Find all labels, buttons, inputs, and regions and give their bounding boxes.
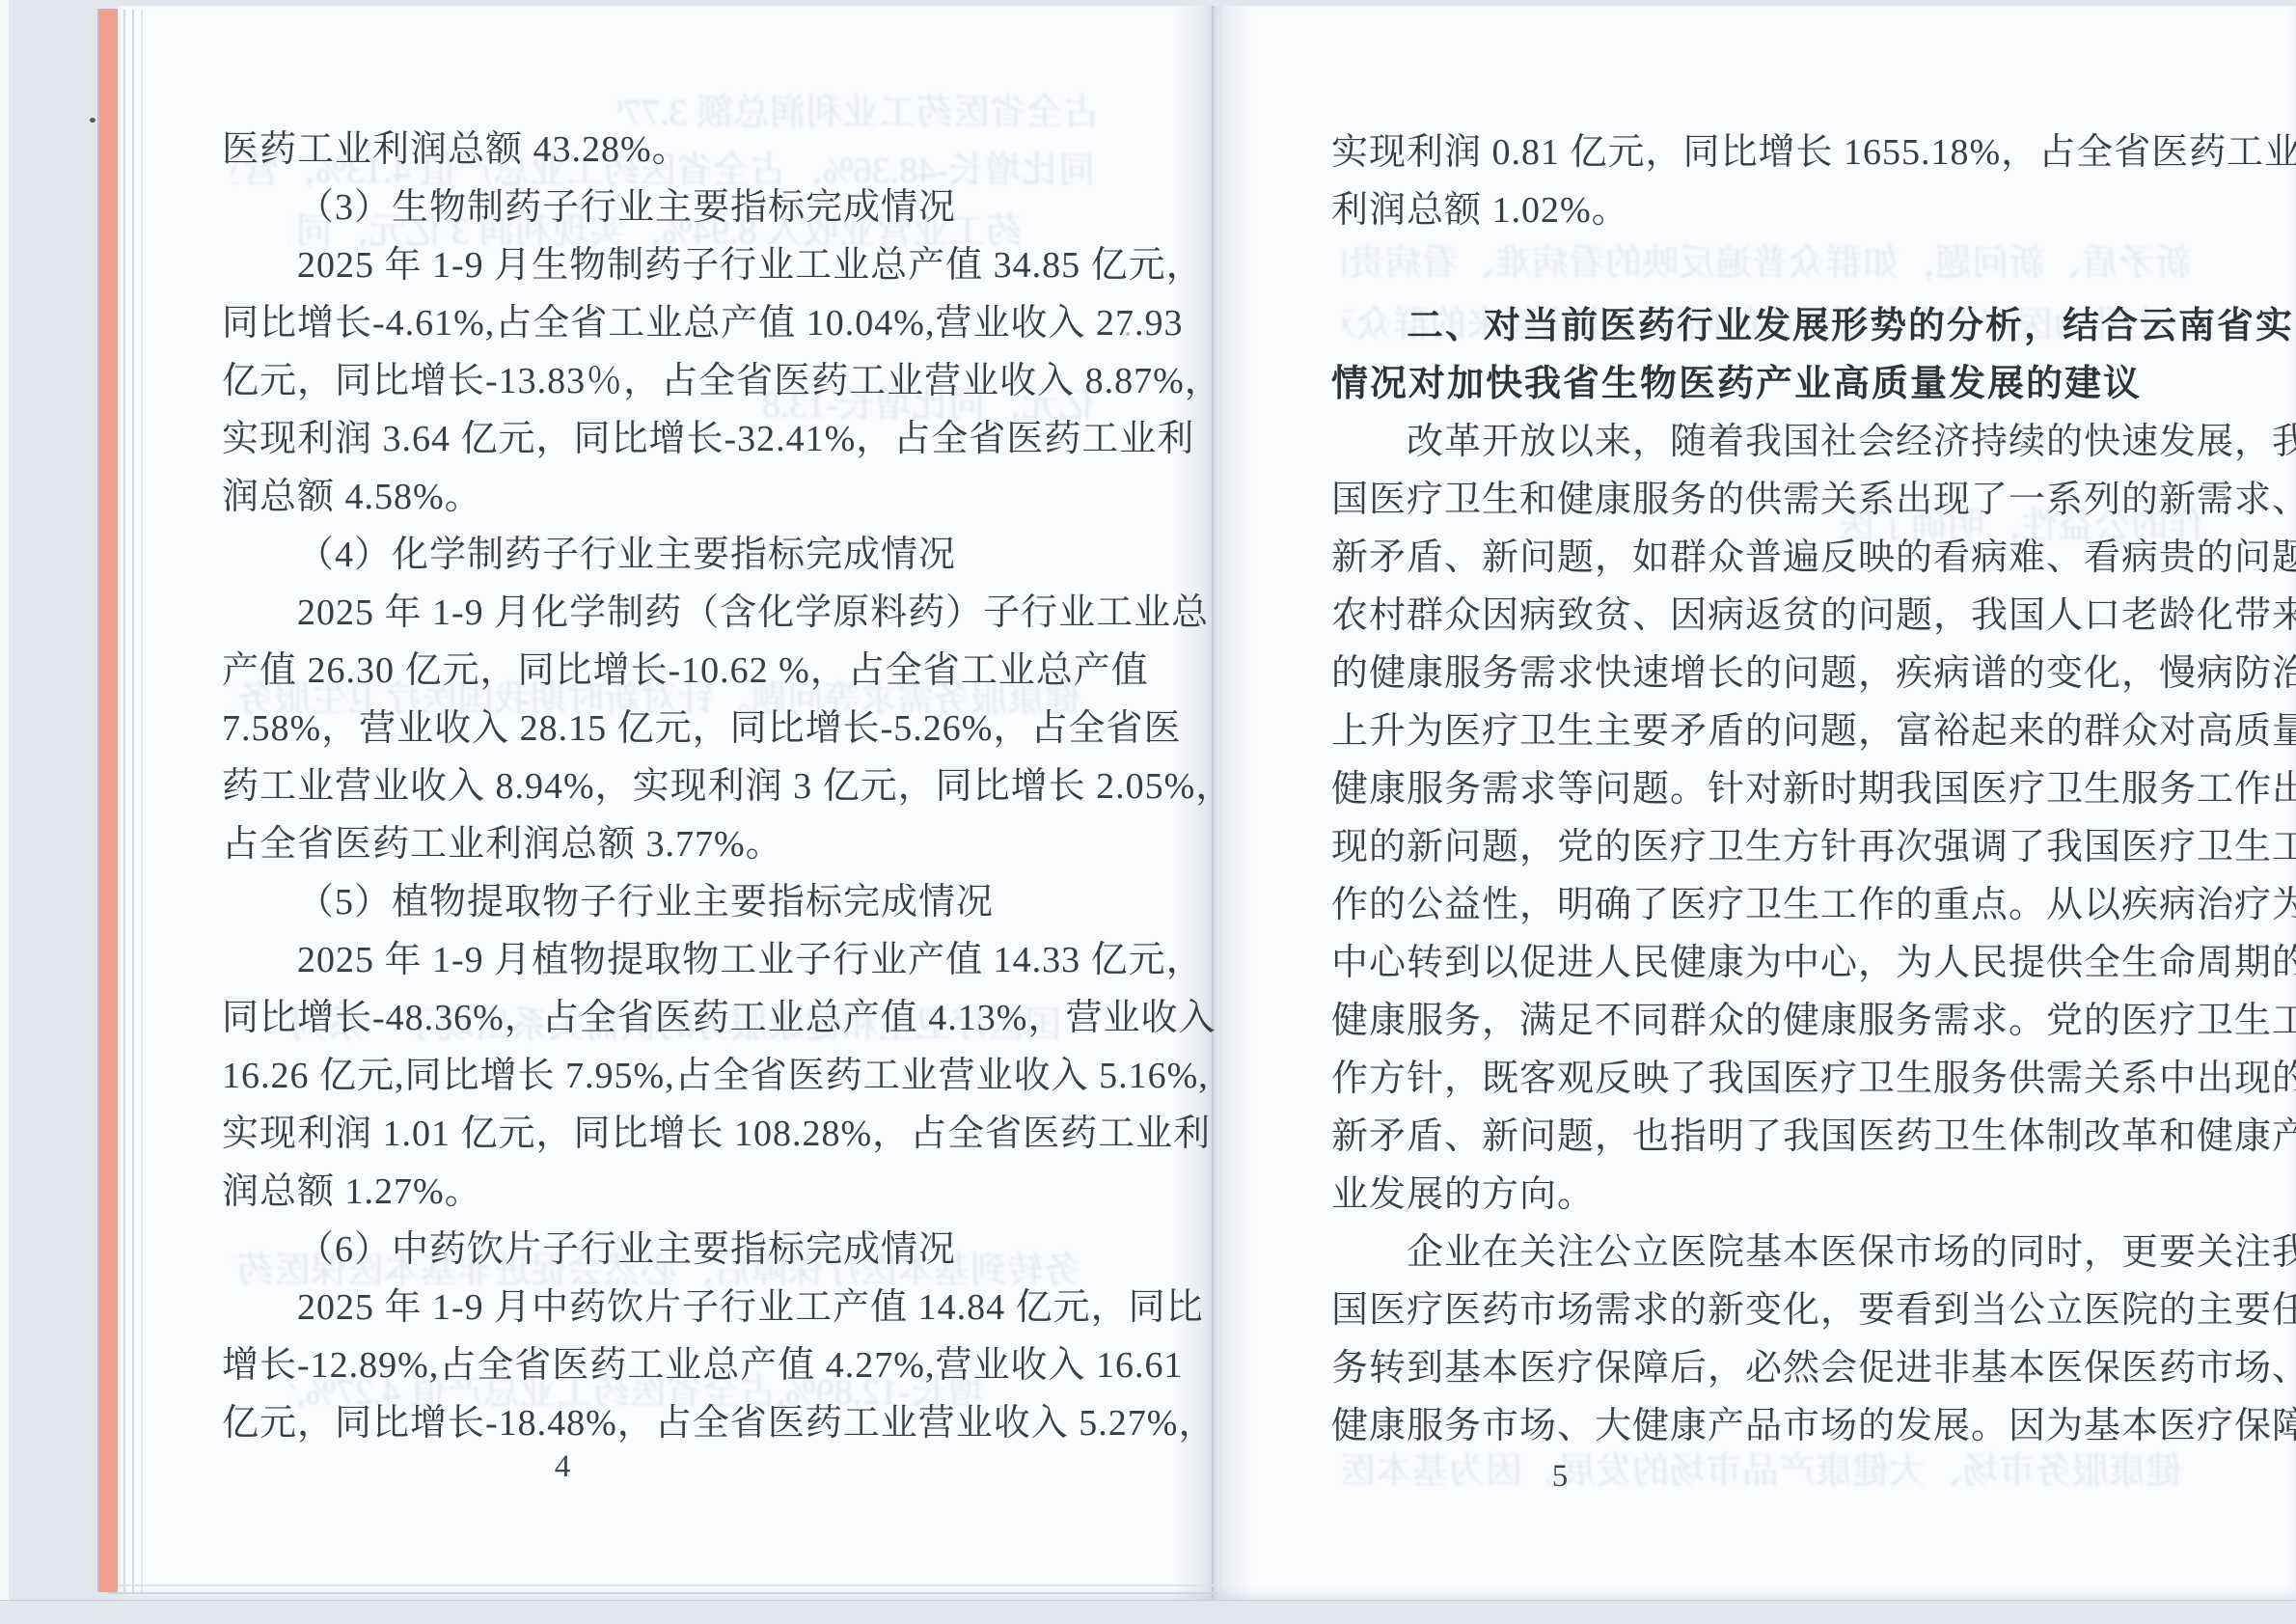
- right-page-text: 实现利润 0.81 亿元，同比增长 1655.18%，占全省医药工业利润总额 1…: [1331, 124, 2215, 1455]
- left-page-text: 医药工业利润总额 43.28%。（3）生物制药子行业主要指标完成情况2025 年…: [222, 121, 1102, 1452]
- page-bottom-edge: [118, 1584, 1214, 1586]
- text-line: 实现利润 0.81 亿元，同比增长 1655.18%，占全省医药工业: [1331, 124, 2215, 181]
- text-line: （5）植物提取物子行业主要指标完成情况: [222, 873, 1102, 931]
- text-line: 同比增长-4.61%,占全省工业总产值 10.04%,营业收入 27.93: [222, 294, 1102, 352]
- text-line: 农村群众因病致贫、因病返贫的问题，我国人口老龄化带来: [1331, 587, 2215, 645]
- text-line: 7.58%，营业收入 28.15 亿元，同比增长-5.26%，占全省医: [222, 700, 1102, 757]
- text-line: 占全省医药工业利润总额 3.77%。: [222, 815, 1102, 873]
- text-line: 中心转到以促进人民健康为中心，为人民提供全生命周期的: [1331, 934, 2215, 992]
- page-edge-line: [132, 10, 134, 1592]
- text-line: 利润总额 1.02%。: [1331, 181, 2215, 239]
- text-line: 润总额 1.27%。: [222, 1163, 1102, 1221]
- text-line: 上升为医疗卫生主要矛盾的问题，富裕起来的群众对高质量: [1331, 702, 2215, 760]
- pink-paper-edge: [99, 9, 118, 1592]
- scan-speck: [90, 118, 96, 123]
- text-line: 作的公益性，明确了医疗卫生工作的重点。从以疾病治疗为: [1331, 876, 2215, 934]
- text-line: 的健康服务需求快速增长的问题，疾病谱的变化，慢病防治: [1331, 645, 2215, 702]
- text-line: 医药工业利润总额 43.28%。: [222, 121, 1102, 179]
- text-line: 增长-12.89%,占全省医药工业总产值 4.27%,营业收入 16.61: [222, 1336, 1102, 1394]
- text-line: （6）中药饮片子行业主要指标完成情况: [222, 1221, 1102, 1279]
- text-line: 2025 年 1-9 月中药饮片子行业工产值 14.84 亿元，同比: [222, 1279, 1102, 1336]
- text-line: 国医疗医药市场需求的新变化，要看到当公立医院的主要任: [1331, 1281, 2215, 1339]
- scan-speck: [2223, 496, 2228, 500]
- text-line: 健康服务需求等问题。针对新时期我国医疗卫生服务工作出: [1331, 760, 2215, 818]
- text-line: 2025 年 1-9 月生物制药子行业工业总产值 34.85 亿元，: [222, 236, 1102, 294]
- text-line: 产值 26.30 亿元，同比增长-10.62 %，占全省工业总产值: [222, 642, 1102, 700]
- text-line: 企业在关注公立医院基本医保市场的同时，更要关注我: [1331, 1224, 2215, 1281]
- scanner-background: [0, 1600, 2296, 1624]
- page-bottom-edge: [108, 1592, 1217, 1594]
- text-line: 健康服务市场、大健康产品市场的发展。因为基本医疗保障: [1331, 1397, 2215, 1455]
- page-edge-line: [141, 10, 143, 1592]
- text-line: （4）化学制药子行业主要指标完成情况: [222, 526, 1102, 584]
- blank-line: [1331, 239, 2215, 297]
- text-line: （3）生物制药子行业主要指标完成情况: [222, 179, 1102, 236]
- text-line: 业发展的方向。: [1331, 1166, 2215, 1224]
- scan-left-edge: [0, 0, 9, 1624]
- scanned-document-spread: 占全省医药工业利润总额 3.77%。同比增长-48.36%，占全省医药工业总产值…: [0, 0, 2296, 1624]
- text-line: 改革开放以来，随着我国社会经济持续的快速发展，我: [1331, 413, 2215, 471]
- heading-line: 二、对当前医药行业发展形势的分析，结合云南省实际: [1331, 297, 2215, 355]
- text-line: 药工业营业收入 8.94%，实现利润 3 亿元，同比增长 2.05%，: [222, 757, 1102, 815]
- page-edge-line: [123, 10, 125, 1592]
- text-line: 务转到基本医疗保障后，必然会促进非基本医保医药市场、: [1331, 1339, 2215, 1397]
- text-line: 2025 年 1-9 月植物提取物工业子行业产值 14.33 亿元，: [222, 931, 1102, 989]
- text-line: 亿元，同比增长-13.83％，占全省医药工业营业收入 8.87%，: [222, 352, 1102, 410]
- text-line: 国医疗卫生和健康服务的供需关系出现了一系列的新需求、: [1331, 471, 2215, 529]
- heading-line: 情况对加快我省生物医药产业高质量发展的建议: [1331, 355, 2215, 413]
- text-line: 实现利润 1.01 亿元，同比增长 108.28%，占全省医药工业利: [222, 1105, 1102, 1163]
- text-line: 同比增长-48.36%，占全省医药工业总产值 4.13%，营业收入: [222, 989, 1102, 1047]
- text-line: 新矛盾、新问题，如群众普遍反映的看病难、看病贵的问题，: [1331, 529, 2215, 587]
- text-line: 润总额 4.58%。: [222, 468, 1102, 526]
- text-line: 实现利润 3.64 亿元，同比增长-32.41%，占全省医药工业利: [222, 410, 1102, 468]
- text-line: 现的新问题，党的医疗卫生方针再次强调了我国医疗卫生工: [1331, 818, 2215, 876]
- right-page-number: 5: [1526, 1459, 1594, 1495]
- left-page-number: 4: [529, 1449, 596, 1485]
- text-line: 2025 年 1-9 月化学制药（含化学原料药）子行业工业总: [222, 584, 1102, 642]
- scan-speck: [1126, 332, 1130, 336]
- text-line: 作方针，既客观反映了我国医疗卫生服务供需关系中出现的: [1331, 1050, 2215, 1108]
- text-line: 新矛盾、新问题，也指明了我国医药卫生体制改革和健康产: [1331, 1108, 2215, 1166]
- text-line: 健康服务，满足不同群众的健康服务需求。党的医疗卫生工: [1331, 992, 2215, 1050]
- text-line: 16.26 亿元,同比增长 7.95%,占全省医药工业营业收入 5.16%,: [222, 1047, 1102, 1105]
- text-line: 亿元，同比增长-18.48%，占全省医药工业营业收入 5.27%，: [222, 1394, 1102, 1452]
